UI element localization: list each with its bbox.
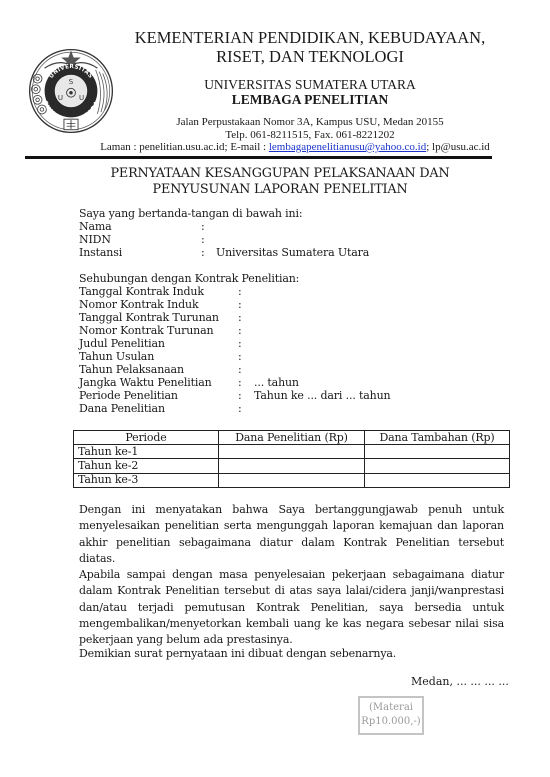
document-title: PERNYATAAN KESANGGUPAN PELAKSANAAN DAN P… [60,166,500,198]
field-label-instansi: Instansi [79,246,122,259]
field-sep: : [238,298,242,311]
field-value-jangka-waktu-penelitian: ... tahun [254,376,299,389]
column-header-periode: Periode [74,431,219,445]
statement-paragraph-2: Apabila sampai dengan masa penyelesaian … [79,567,504,648]
field-label-nomor-kontrak-induk: Nomor Kontrak Induk [79,298,198,311]
field-sep: : [238,311,242,324]
cell-dana-penelitian[interactable] [219,445,365,459]
field-label-tanggal-kontrak-turunan: Tanggal Kontrak Turunan [79,311,219,324]
cell-periode: Tahun ke-1 [74,445,219,459]
field-sep: : [201,233,205,246]
field-sep: : [238,389,242,402]
field-label-periode-penelitian: Periode Penelitian [79,389,178,402]
column-header-dana-penelitian: Dana Penelitian (Rp) [219,431,365,445]
cell-dana-tambahan[interactable] [365,445,510,459]
table-row: Tahun ke-3 [74,473,510,487]
field-value-periode-penelitian: Tahun ke ... dari ... tahun [254,389,391,402]
stamp-line-2: Rp10.000,-) [360,715,422,729]
address: Jalan Perpustakaan Nomor 3A, Kampus USU,… [100,116,520,129]
ministry-line-2: RISET, DAN TEKNOLOGI [100,47,520,66]
ministry-line-1: KEMENTERIAN PENDIDIKAN, KEBUDAYAAN, [100,28,520,47]
field-label-jangka-waktu-penelitian: Jangka Waktu Penelitian [79,376,212,389]
title-line-1: PERNYATAAN KESANGGUPAN PELAKSANAAN DAN [60,166,500,182]
field-label-tanggal-kontrak-induk: Tanggal Kontrak Induk [79,285,204,298]
cell-dana-tambahan[interactable] [365,473,510,487]
field-label-judul-penelitian: Judul Penelitian [79,337,165,350]
closing-paragraph: Demikian surat pernyataan ini dibuat den… [79,646,504,662]
field-sep: : [238,285,242,298]
field-label-tahun-usulan: Tahun Usulan [79,350,154,363]
field-label-nidn: NIDN [79,233,111,246]
cell-periode: Tahun ke-2 [74,459,219,473]
email-link[interactable]: lembagapenelitianusu@yahoo.co.id [269,141,426,153]
field-label-nomor-kontrak-turunan: Nomor Kontrak Turunan [79,324,213,337]
field-sep: : [238,350,242,363]
university-name: UNIVERSITAS SUMATERA UTARA [100,77,520,92]
table-row: Tahun ke-2 [74,459,510,473]
field-sep: : [238,376,242,389]
stamp-placeholder: (Materai Rp10.000,-) [358,696,424,735]
signer-intro: Saya yang bertanda-tangan di bawah ini: [79,207,302,220]
contract-intro: Sehubungan dengan Kontrak Penelitian: [79,272,299,285]
letterhead-divider [25,156,492,159]
field-label-nama: Nama [79,220,112,233]
field-sep: : [238,402,242,415]
field-sep: : [238,324,242,337]
field-label-dana-penelitian: Dana Penelitian [79,402,165,415]
cell-dana-penelitian[interactable] [219,473,365,487]
table-row: Tahun ke-1 [74,445,510,459]
svg-text:U: U [58,93,63,102]
contact-suffix: ; lp@usu.ac.id [426,141,490,153]
fund-table: Periode Dana Penelitian (Rp) Dana Tambah… [73,430,510,488]
field-sep: : [201,220,205,233]
cell-dana-tambahan[interactable] [365,459,510,473]
contact-line: Laman : penelitian.usu.ac.id; E-mail : l… [60,141,530,154]
field-value-instansi: Universitas Sumatera Utara [216,246,369,259]
ministry-name: KEMENTERIAN PENDIDIKAN, KEBUDAYAAN, RISE… [100,28,520,66]
field-sep: : [238,363,242,376]
place-date: Medan, ... ... ... ... [411,675,509,688]
field-sep: : [201,246,205,259]
statement-paragraph-1: Dengan ini menyatakan bahwa Saya bertang… [79,502,504,567]
institute-name: LEMBAGA PENELITIAN [100,92,520,107]
cell-dana-penelitian[interactable] [219,459,365,473]
column-header-dana-tambahan: Dana Tambahan (Rp) [365,431,510,445]
svg-text:S: S [69,77,74,86]
field-label-tahun-pelaksanaan: Tahun Pelaksanaan [79,363,184,376]
cell-periode: Tahun ke-3 [74,473,219,487]
stamp-line-1: (Materai [360,701,422,715]
contact-prefix: Laman : penelitian.usu.ac.id; E-mail : [100,141,269,153]
table-header-row: Periode Dana Penelitian (Rp) Dana Tambah… [74,431,510,445]
field-sep: : [238,337,242,350]
title-line-2: PENYUSUNAN LAPORAN PENELITIAN [60,182,500,198]
svg-text:U: U [79,93,84,102]
